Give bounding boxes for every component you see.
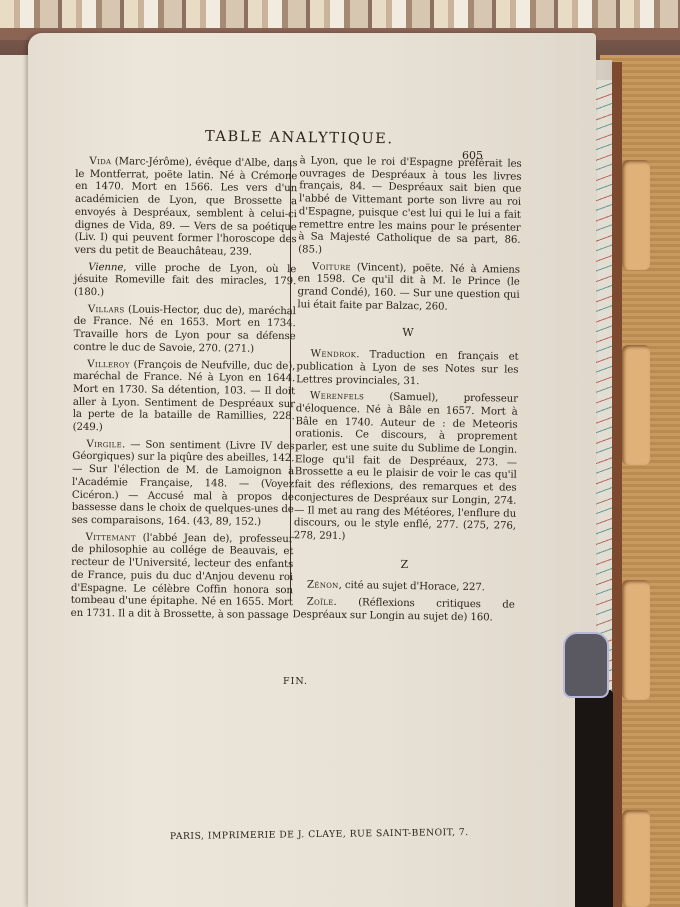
index-entry-wendrok: Wendrok. Traduction en français et publi… — [296, 348, 519, 390]
stand-slot — [622, 580, 650, 700]
index-entry-vida: Vida (Marc-Jérôme), évêque d'Albe, dans … — [74, 156, 297, 260]
bookmark-ribbon — [575, 690, 613, 907]
stand-slot — [622, 345, 650, 465]
section-letter-w: W — [297, 326, 519, 342]
index-entry-villeroy: Villeroy (François de Neufville, duc de)… — [73, 358, 296, 437]
fin-mark: FIN. — [283, 676, 308, 687]
right-column: à Lyon, que le roi d'Espagne préférait l… — [292, 155, 521, 629]
section-letter-z: Z — [293, 557, 515, 573]
index-entry-vienne: Vienne, ville proche de Lyon, où le jésu… — [74, 261, 296, 301]
headword: Villars — [88, 304, 125, 315]
stand-slot — [622, 160, 650, 270]
headword: Vienne — [88, 262, 123, 273]
index-entry-vittemant: Vittemant (l'abbé Jean de), professeur d… — [71, 532, 294, 623]
index-entry-virgile: Virgile. — Son sentiment (Livre IV des G… — [72, 439, 295, 530]
book-cover-edge — [612, 62, 622, 907]
ribbon-clip — [563, 632, 609, 698]
headword: Virgile — [86, 439, 122, 450]
left-page-edge — [0, 55, 30, 907]
headword: Voiture — [312, 261, 351, 273]
headword: Zoïle — [307, 597, 334, 608]
index-entry-villars: Villars (Louis-Hector, duc de), maréchal… — [73, 304, 296, 357]
index-entry-werenfels: Werenfels (Samuel), professeur d'éloquen… — [294, 391, 518, 547]
headword: Vittemant — [85, 532, 136, 544]
headword: Werenfels — [310, 391, 364, 403]
index-entry-voiture: Voiture (Vincent), poëte. Né à Amiens en… — [297, 261, 520, 315]
index-entry-zoile: Zoïle. (Réflexions critiques de Despréau… — [292, 596, 514, 625]
index-entry-zenon: Zénon, cité au sujet d'Horace, 227. — [293, 580, 515, 596]
index-entry-continuation: à Lyon, que le roi d'Espagne préférait l… — [298, 155, 522, 260]
headword: Wendrok — [311, 349, 357, 361]
headword: Zénon — [307, 580, 339, 591]
stand-slot — [622, 810, 650, 907]
headword: Vida — [89, 156, 111, 167]
headword: Villeroy — [87, 359, 130, 370]
shelf-books — [0, 0, 680, 30]
left-column: Vida (Marc-Jérôme), évêque d'Albe, dans … — [71, 156, 298, 627]
page-title: TABLE ANALYTIQUE. — [205, 129, 394, 148]
